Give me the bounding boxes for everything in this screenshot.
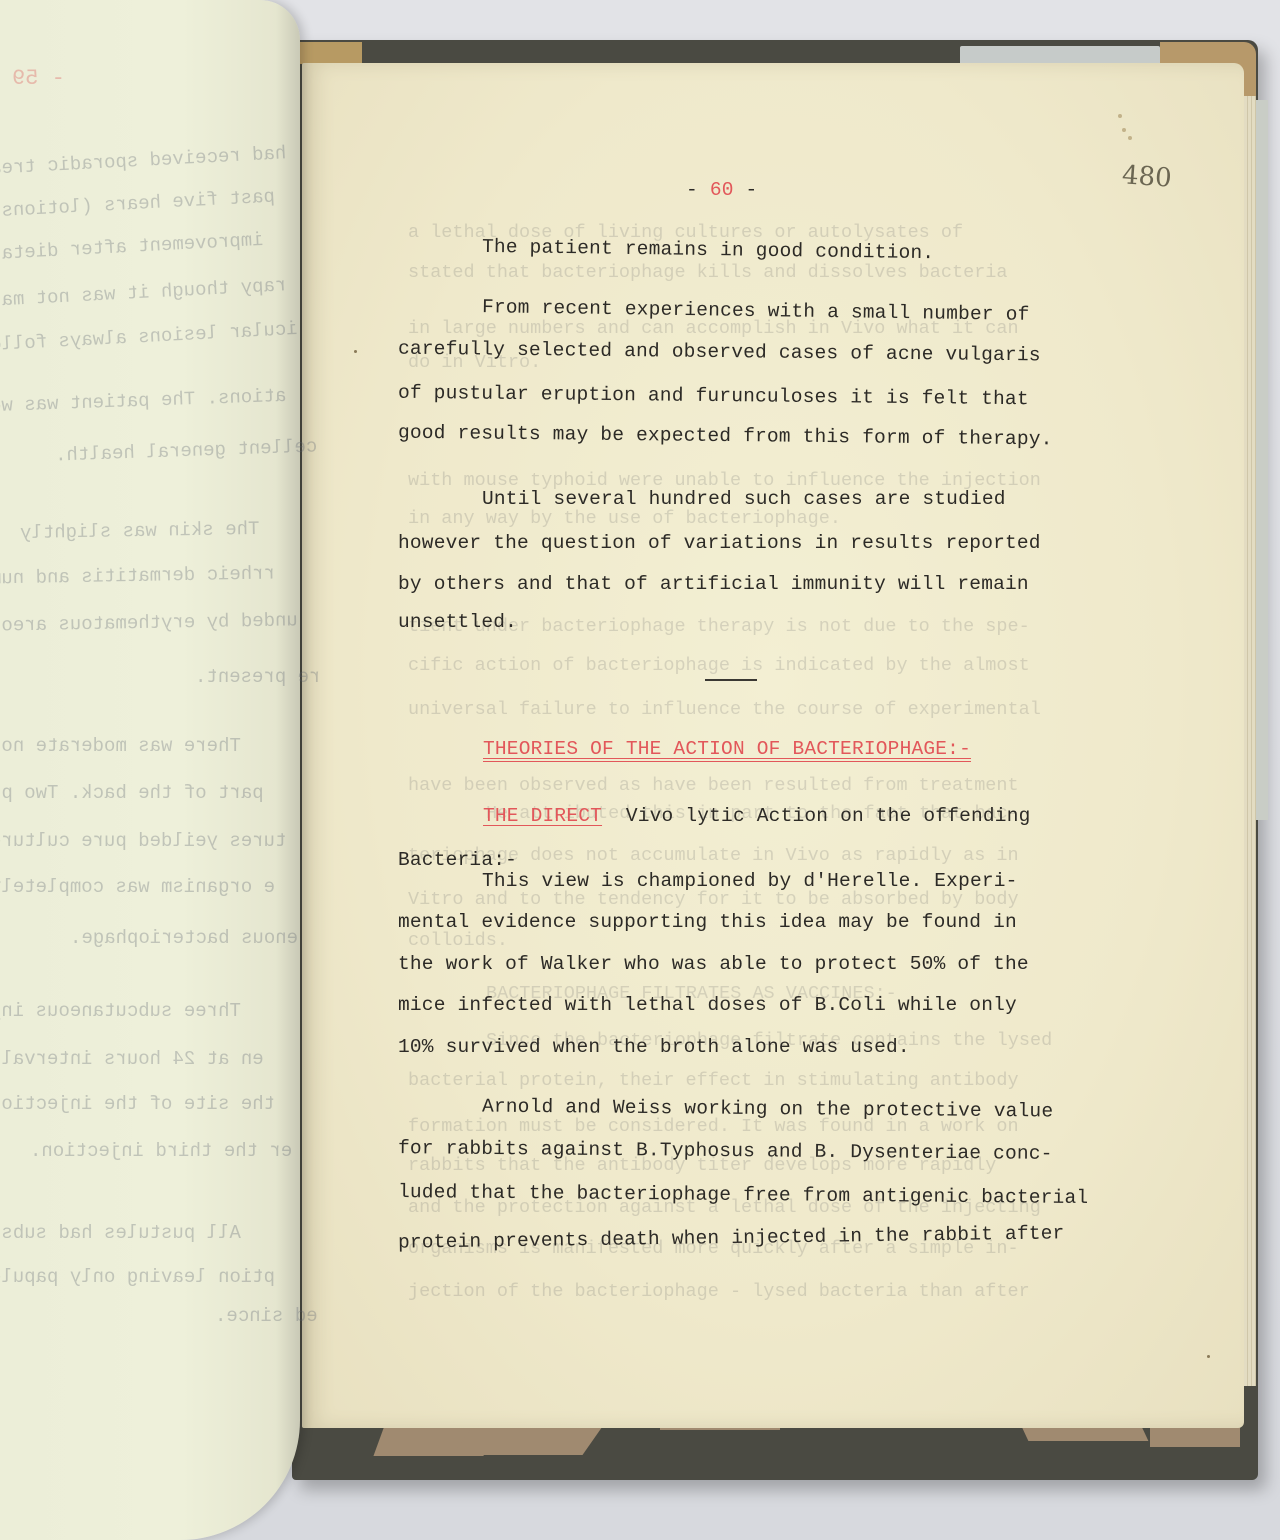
paragraph-line: This view is championed by d'Herelle. Ex… [482,870,1018,892]
page-number-dash: - [734,179,758,201]
subheading-continuation: Bacteria:- [398,849,517,871]
paragraph-line: mental evidence supporting this idea may… [398,911,1017,933]
subheading-line: THE DIRECT Vivo lytic Action on the offe… [483,805,1031,827]
paragraph-line: unsettled. [398,611,517,633]
page-number: - 60 - [686,179,757,201]
paragraph-line: by others and that of artificial immunit… [398,573,1029,595]
binder-worn-edge [292,42,362,64]
left-page-number: - 59 [12,66,65,91]
paragraph-line: the work of Walker who was able to prote… [398,953,1029,975]
paragraph-line: mice infected with lethal doses of B.Col… [398,994,1017,1016]
page-edge-slip [1254,100,1268,820]
section-heading: THEORIES OF THE ACTION OF BACTERIOPHAGE:… [483,738,971,760]
handwritten-archive-number: 480 [1121,160,1173,193]
paragraph-line: 10% survived when the broth alone was us… [398,1036,910,1058]
left-page: - 59 had received sporadic trea past fiv… [0,0,300,1540]
page-number-dash: - [686,179,710,201]
section-divider [705,679,757,681]
page-number-digits: 60 [710,179,734,201]
paragraph-line: however the question of variations in re… [398,532,1041,554]
subheading-red-label: THE DIRECT [483,805,602,827]
paragraph-line: Until several hundred such cases are stu… [482,488,1006,510]
subheading-text: Vivo lytic Action on the offending [626,805,1031,827]
